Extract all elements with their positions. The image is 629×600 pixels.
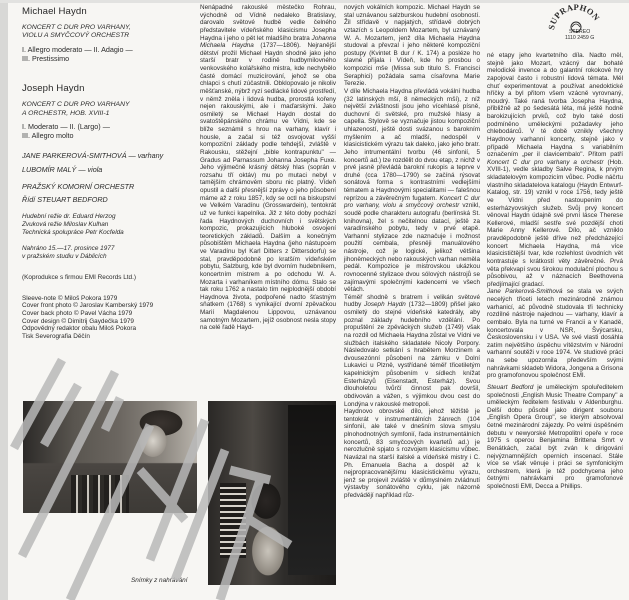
notes-paragraph: Haydnovo obrovské dílo, jehož těžiště je… (344, 408, 480, 500)
notes-text: (1737—1806). Nejranější dětství prožil M… (200, 42, 336, 331)
movements-1: I. Allegro moderato — II. Adagio — III. … (22, 45, 192, 63)
sleeve-credit: Odpovědný redaktor obalu Miloš Pokora (22, 325, 192, 333)
sound-director: Zvuková režie Miloslav Kulhan (22, 221, 192, 229)
conductor-prefix: Řídí (22, 195, 35, 204)
movements-1-line1: I. Allegro moderato — II. Adagio — (22, 45, 192, 54)
notes-text: (Hob. XVIII-1), vedle skladby Salve Regi… (487, 159, 623, 288)
orchestra: PRAŽSKÝ KOMORNÍ ORCHESTR (22, 183, 192, 192)
notes-text: (1732—1809) přišel jako osmiletý do stej… (344, 301, 480, 407)
notes-paragraph: V díle Michaela Haydna převládá vokální … (344, 88, 480, 294)
notes-paragraph: Téměř shodně s bratrem i velikán světové… (344, 294, 480, 408)
recording-place: v pražském studiu v Dáblicích (22, 253, 192, 261)
work-title-2-line2: A ORCHESTR, Hob. XVIII-1 (22, 110, 192, 118)
production-credits: Hudební režie dr. Eduard Herzog Zvuková … (22, 213, 192, 237)
notes-text: V díle Michaela Haydna převládá vokální … (344, 88, 480, 202)
standing-figure (288, 405, 336, 575)
performer-violist: LUBOMÍR MALÝ — viola (22, 166, 192, 175)
organ-console (220, 483, 246, 558)
work-title-2-line1: KONCERT C DUR PRO VARHANY (22, 101, 192, 109)
liner-notes-column-2: Nenápadné rakouské městečko Rohrau, vých… (200, 4, 336, 332)
conductor-name: STEUART BEDFORD (37, 195, 108, 204)
violist-role: — viola (78, 165, 102, 174)
organist-role: — varhany (129, 151, 164, 160)
notes-text: je uměleckým spoluředitelem společnosti … (487, 384, 623, 490)
performer-organist: JANE PARKEROVÁ-SMITHOVÁ — varhany (22, 152, 192, 161)
left-edge-shadow (0, 0, 8, 600)
recording-info: Nahráno 15.—17. prosince 1977 v pražském… (22, 245, 192, 261)
notes-italic: Steuart Bedford (487, 384, 533, 391)
sleeve-credit: Cover back photo © Pavel Vácha 1979 (22, 310, 192, 318)
conductor: Řídí STEUART BEDFORD (22, 196, 192, 205)
movements-2-line1: I. Moderato — II. (Largo) — (22, 122, 192, 131)
catalog-number: 1110 2459 G (565, 36, 594, 42)
notes-italic: Koncert C dur pro varhany a orchestr (487, 159, 604, 166)
notes-paragraph: Nenápadné rakouské městečko Rohrau, vých… (200, 4, 336, 332)
technical-assistant: Technická spolupráce Petr Kocfelda (22, 229, 192, 237)
notes-text: se stala ve svých necelých třiceti letec… (487, 288, 623, 379)
movements-2: I. Moderato — II. (Largo) — III. Allegro… (22, 122, 192, 140)
notes-text: nových vokálních kompozic. Michael Haydn… (344, 4, 480, 87)
liner-notes-column-3: nových vokálních kompozic. Michael Haydn… (344, 4, 480, 500)
photo-caption: Snímky z nahrávání (131, 577, 187, 584)
notes-paragraph: Steuart Bedford je uměleckým spoluředite… (487, 384, 623, 491)
recording-photo-session (208, 401, 336, 585)
recording-photo-organist (23, 401, 197, 513)
sleeve-credit: Cover design © Dimitrij Gaydečka 1979 (22, 318, 192, 326)
movements-1-line2: III. Prestissimo (22, 54, 192, 63)
notes-paragraph: nových vokálních kompozic. Michael Haydn… (344, 4, 480, 88)
music-director: Hudební režie dr. Eduard Herzog (22, 213, 192, 221)
organist-name: JANE PARKEROVÁ-SMITHOVÁ (22, 151, 127, 160)
notes-text: vznikl, soudě podle charakteru autografu… (344, 202, 480, 293)
notes-text: Haydnovo obrovské dílo, jehož těžiště je… (344, 408, 480, 499)
sleeve-credit: Tisk Severografia Děčín (22, 333, 192, 341)
violist-name: LUBOMÍR MALÝ (22, 165, 76, 174)
composer-michael-haydn: Michael Haydn (22, 6, 192, 17)
notes-text: né etapy jeho kvartetního díla. Nadto mě… (487, 52, 623, 158)
album-back-cover: Michael Haydn KONCERT C DUR PRO VARHANY,… (0, 0, 629, 600)
label-info: STEREO 1110 2459 G (565, 30, 594, 42)
top-edge (0, 0, 629, 3)
program-column: Michael Haydn KONCERT C DUR PRO VARHANY,… (22, 6, 192, 340)
svg-text:SUPRAPHON: SUPRAPHON (546, 2, 602, 30)
notes-paragraph: né etapy jeho kvartetního díla. Nadto mě… (487, 52, 623, 288)
work-title-1-line2: VIOLU A SMYČCOVÝ ORCHESTR (22, 32, 192, 40)
recording-date: Nahráno 15.—17. prosince 1977 (22, 245, 192, 253)
work-title-1: KONCERT C DUR PRO VARHANY, VIOLU A SMYČC… (22, 24, 192, 41)
sleeve-credits: Sleeve-note © Miloš Pokora 1979 Cover fr… (22, 295, 192, 341)
movements-2-line2: III. Allegro molto (22, 131, 192, 140)
liner-notes-column-4: né etapy jeho kvartetního díla. Nadto mě… (487, 52, 623, 491)
composer-joseph-haydn: Joseph Haydn (22, 83, 192, 94)
notes-italic: Joseph Haydn (364, 301, 406, 308)
notes-italic: Jane Parkerová-Smithová (487, 288, 563, 295)
sleeve-credit: Cover front photo © Jaroslav Kamberský 1… (22, 302, 192, 310)
organ-console (71, 475, 129, 513)
coproduction-note: (Koprodukce s firmou EMI Records Ltd.) (22, 274, 192, 282)
notes-paragraph: Jane Parkerová-Smithová se stala ve svýc… (487, 288, 623, 380)
work-title-2: KONCERT C DUR PRO VARHANY A ORCHESTR, Ho… (22, 101, 192, 118)
